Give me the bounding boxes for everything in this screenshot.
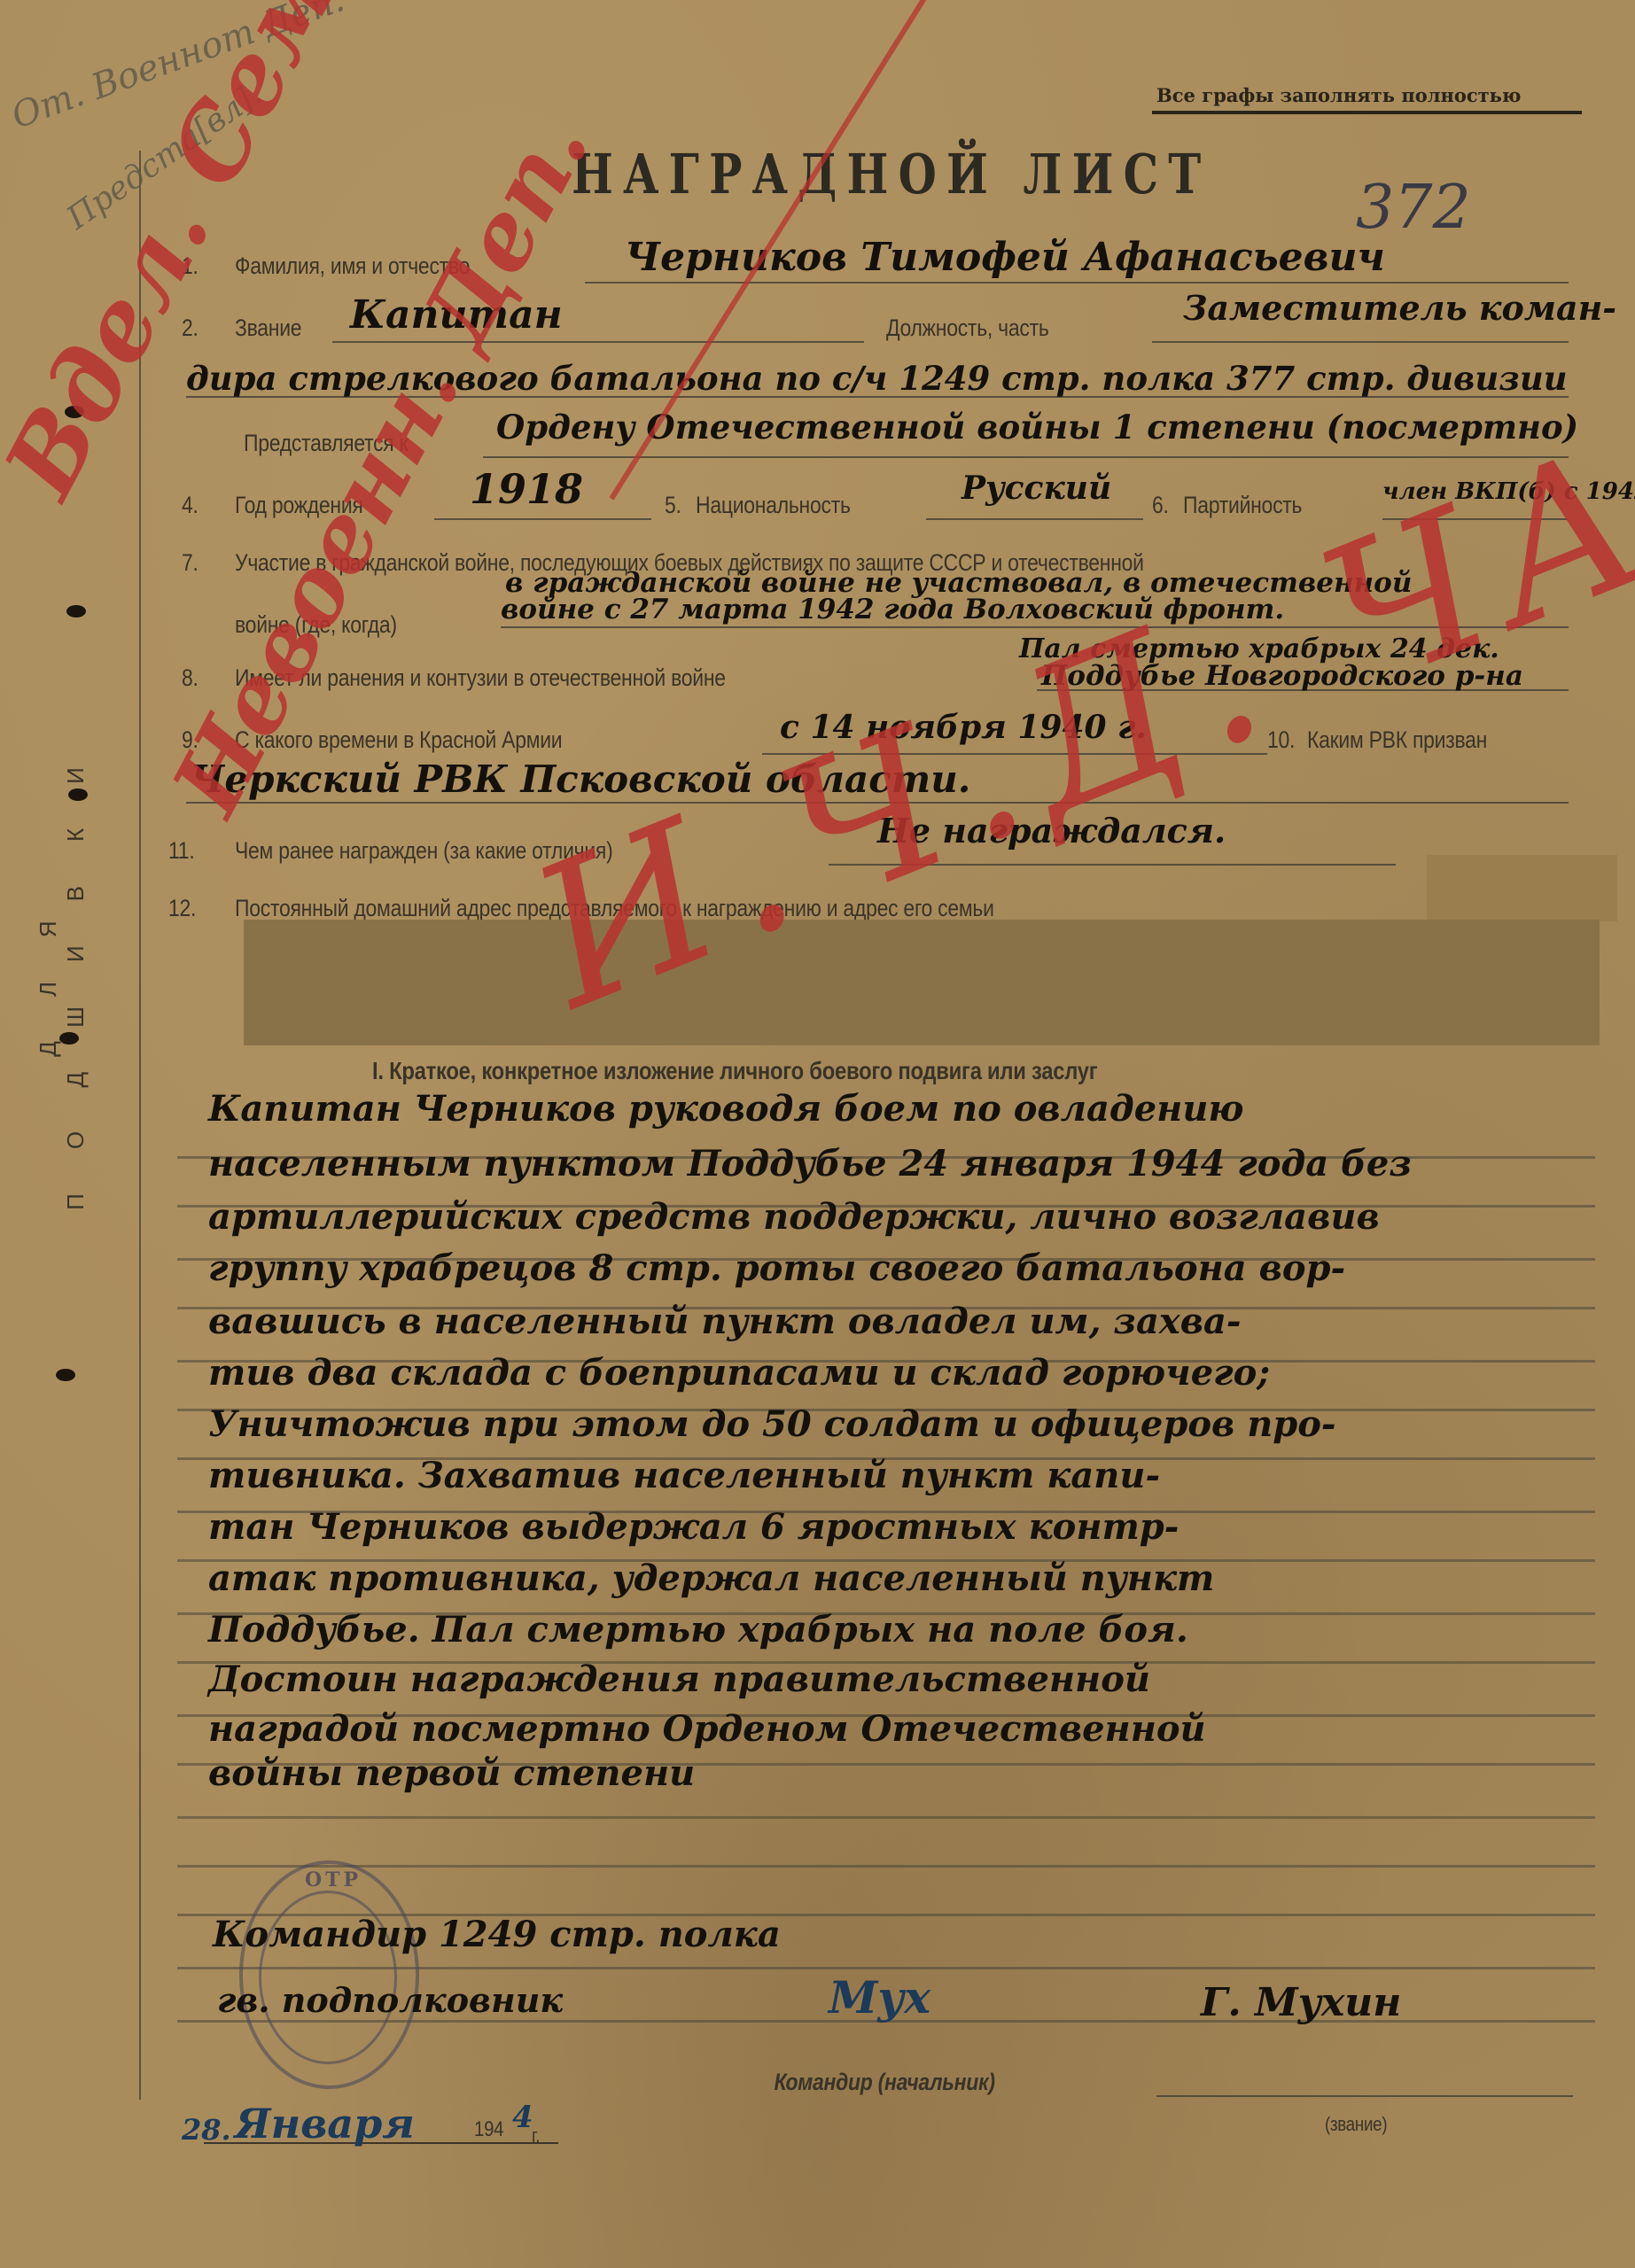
ruled-line xyxy=(177,1865,1595,1868)
official-stamp: ОТР xyxy=(239,1860,419,2089)
signer-position: Командир 1249 стр. полка xyxy=(213,1914,781,1955)
birth-year-underline xyxy=(434,518,651,520)
field-1-value[interactable]: Черников Тимофей Афанасьевич xyxy=(625,235,1385,280)
signer-rank: гв. подполковник xyxy=(217,1980,563,2020)
narrative-line: наградой посмертно Орденом Отечественной xyxy=(208,1708,1412,1752)
punch-hole xyxy=(56,1369,75,1381)
field-2-label: Звание xyxy=(235,315,301,342)
redaction-block-address xyxy=(244,920,1600,1045)
left-margin-line xyxy=(139,151,141,2100)
signature-mark: Мух xyxy=(829,1971,930,2023)
field-5-num: 5. xyxy=(665,492,681,519)
narrative-line: войны первой степени xyxy=(208,1752,1412,1797)
field-3-label: Должность, часть xyxy=(886,315,1049,342)
field-6-num: 6. xyxy=(1152,492,1169,519)
nationality-label: Национальность xyxy=(696,492,851,519)
field-1-underline xyxy=(585,282,1569,283)
commander-label: Командир (начальник) xyxy=(775,2069,995,2096)
stamp-text: ОТР xyxy=(305,1868,362,1891)
narrative-line: группу храбрецов 8 стр. роты своего бата… xyxy=(208,1247,1412,1301)
narrative-line: артиллерийских средств поддержки, лично … xyxy=(208,1196,1412,1247)
narrative-line: вавшись в населенный пункт овладел им, з… xyxy=(208,1301,1412,1352)
field-8-num: 8. xyxy=(182,664,199,692)
narrative-line: Поддубье. Пал смертью храбрых на поле бо… xyxy=(208,1609,1412,1658)
party-label: Партийность xyxy=(1183,492,1302,519)
instruction-text: Все графы заполнять полностью xyxy=(1156,84,1521,106)
field-11-num: 11. xyxy=(168,837,194,865)
margin-label: ДЛЯ ПОДШИВКИ xyxy=(35,612,90,1321)
narrative-line: тивника. Захватив населенный пункт капи- xyxy=(208,1455,1412,1506)
page-title: НАГРАДНОЙ ЛИСТ xyxy=(572,142,1211,206)
narrative-line: тан Черников выдержал 6 яростных контр- xyxy=(208,1506,1412,1557)
narrative-line: Достоин награждения правительственной xyxy=(208,1658,1412,1708)
section-1-heading: I. Краткое, конкретное изложение личного… xyxy=(372,1057,1097,1085)
narrative-line: Капитан Черников руководя боем по овладе… xyxy=(208,1088,1412,1143)
signer-name: Г. Мухин xyxy=(1201,1980,1401,2025)
date-g: г. xyxy=(532,2124,540,2148)
date-year-prefix: 194 xyxy=(474,2117,503,2142)
nationality-value[interactable]: Русский xyxy=(962,470,1111,507)
field-12-num: 12. xyxy=(168,895,196,922)
narrative-line: тив два склада с боеприпасами и склад го… xyxy=(208,1352,1412,1403)
date-month: Января xyxy=(235,2100,415,2148)
narrative-line: Уничтожив при этом до 50 солдат и офицер… xyxy=(208,1403,1412,1455)
narrative-block: Капитан Черников руководя боем по овладе… xyxy=(208,1088,1412,1797)
commander-underline xyxy=(1156,2095,1573,2097)
field-4-num: 4. xyxy=(182,492,199,519)
field-7-num: 7. xyxy=(182,549,199,577)
sheet-number: 372 xyxy=(1356,173,1471,243)
field-3-value[interactable]: Заместитель коман- xyxy=(1183,288,1616,328)
nationality-underline xyxy=(926,518,1143,520)
instruction-underline xyxy=(1152,111,1582,114)
birth-year-value[interactable]: 1918 xyxy=(470,465,583,513)
narrative-line: населенным пунктом Поддубье 24 января 19… xyxy=(208,1143,1412,1196)
ruled-line xyxy=(177,1816,1595,1819)
field-3-underline xyxy=(1152,341,1569,343)
rank-label: (звание) xyxy=(1325,2113,1387,2136)
narrative-line: атак противника, удержал населенный пунк… xyxy=(208,1557,1412,1609)
redaction-block-small xyxy=(1427,855,1617,921)
award-underline xyxy=(483,456,1569,458)
date-year-suffix: 4 xyxy=(512,2100,533,2135)
